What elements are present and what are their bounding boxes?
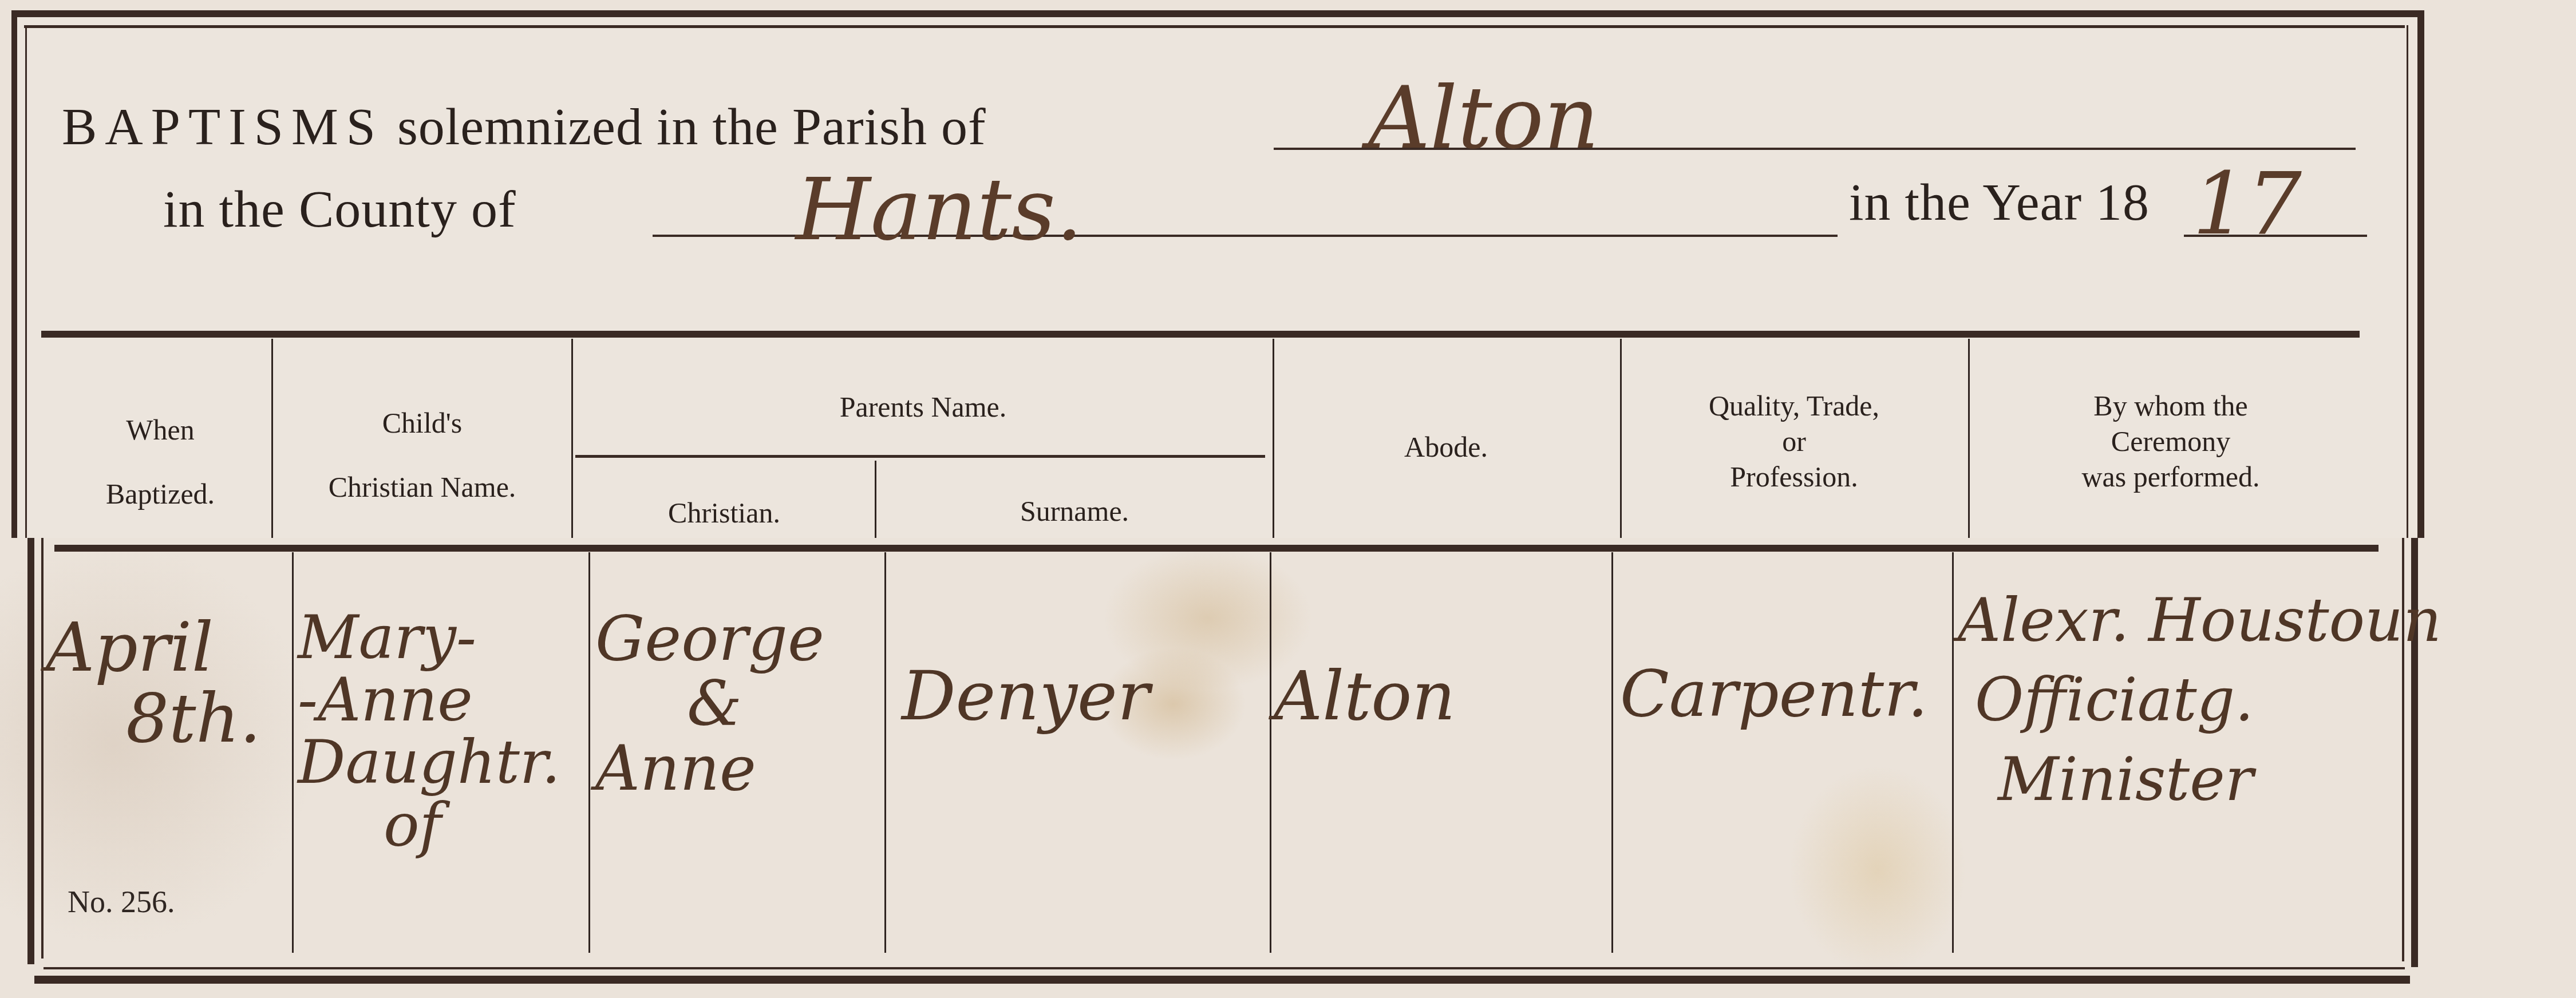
col-head-quality-line3: Profession. [1622, 459, 1966, 494]
entry-minister-title: Minister [1958, 748, 2441, 811]
header-inner-right-border [2407, 25, 2408, 538]
title-baptisms: BAPTISMS [62, 97, 384, 156]
entry-left-border-thin [41, 538, 44, 959]
header-inner-left-border [25, 25, 27, 538]
col-head-quality-line1: Quality, Trade, [1622, 388, 1966, 423]
record-number: No. 256. [68, 884, 175, 920]
header-top-border-thin [24, 25, 2405, 28]
entry-left-border-thick [27, 538, 34, 964]
entry-col-sep-6 [1952, 552, 1954, 953]
col-head-parents-christian: Christian. [575, 495, 873, 530]
col-head-childs-name: Child's Christian Name. [275, 405, 570, 505]
entry-child-name-line2: -Anne [298, 669, 560, 731]
entry-when-baptized: April 8th. [46, 612, 261, 754]
header-table-top-rule [41, 331, 2360, 338]
entry-top-rule [54, 545, 2379, 552]
col-head-christian-name: Christian Name. [275, 469, 570, 505]
col-head-when: When [52, 412, 269, 447]
entry-bottom-rule-thin [44, 967, 2405, 969]
entry-col-sep-4 [1270, 552, 1271, 953]
entry-bottom-rule-thick [34, 976, 2410, 984]
title-line-county: in the County of [163, 179, 516, 239]
col-head-parents-surname: Surname. [877, 493, 1272, 529]
entry-when-month: April [46, 612, 261, 683]
entry-minister-officiating: Officiatg. [1958, 669, 2441, 731]
county-name-handwritten: Hants. [796, 160, 1083, 260]
col-head-by-whom-line2: Ceremony [1970, 423, 2371, 459]
year-handwritten: 17 [2192, 155, 2302, 254]
col-head-baptized: Baptized. [52, 476, 269, 512]
header-col-sep-4 [1620, 339, 1622, 538]
entry-by-whom: Alexr. Houstoun Officiatg. Minister [1958, 589, 2441, 811]
entry-when-day: 8th. [46, 683, 261, 754]
col-head-quality: Quality, Trade, or Profession. [1622, 388, 1966, 494]
entry-parent-mother: Anne [595, 736, 824, 801]
col-head-parents-name: Parents Name. [575, 389, 1271, 425]
col-head-by-whom-line1: By whom the [1970, 388, 2371, 423]
title-line-parish: BAPTISMS solemnized in the Parish of [62, 96, 986, 157]
entry-child-name-line4: of [298, 794, 560, 857]
col-head-abode: Abode. [1274, 429, 1618, 465]
entry-child-name-line3: Daughtr. [298, 731, 560, 794]
entry-minister-name: Alexr. Houstoun [1958, 589, 2441, 652]
header-col-sep-1 [271, 339, 273, 538]
col-head-when-baptized: When Baptized. [52, 412, 269, 512]
entry-quality-trade: Carpentr. [1620, 661, 1928, 728]
header-col-sep-5 [1968, 339, 1970, 538]
header-col-sep-2 [571, 339, 573, 538]
parents-sub-col-sep [875, 461, 876, 538]
entry-col-sep-5 [1611, 552, 1613, 953]
header-top-border-thick [17, 10, 2417, 17]
parents-name-sub-rule [575, 455, 1265, 458]
entry-col-sep-3 [884, 552, 886, 953]
title-year-label: in the Year 18 [1849, 172, 2150, 232]
entry-child-name: Mary- -Anne Daughtr. of [298, 607, 560, 857]
entry-col-sep-2 [588, 552, 590, 953]
entry-parents-surname: Denyer [902, 661, 1149, 732]
entry-abode: Alton [1274, 661, 1455, 732]
col-head-quality-line2: or [1622, 423, 1966, 459]
entry-col-sep-1 [292, 552, 294, 953]
entry-parent-father: George [595, 607, 824, 671]
entry-parents-christian: George & Anne [595, 607, 824, 801]
title-solemnized-text: solemnized in the Parish of [397, 97, 986, 156]
entry-child-name-line1: Mary- [298, 607, 560, 669]
col-head-by-whom-line3: was performed. [1970, 459, 2371, 494]
col-head-childs: Child's [275, 405, 570, 441]
parish-name-handwritten: Alton [1368, 69, 1599, 168]
col-head-by-whom: By whom the Ceremony was performed. [1970, 388, 2371, 494]
entry-parent-ampersand: & [595, 671, 824, 736]
